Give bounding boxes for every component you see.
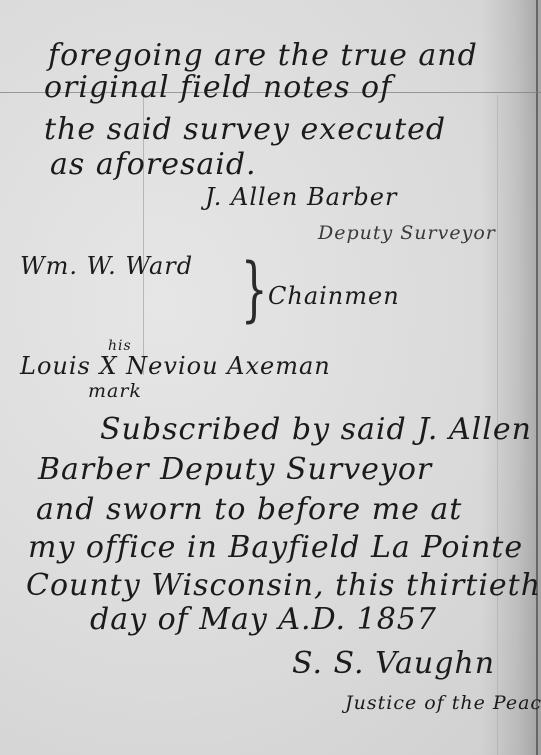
surveyor-title: Deputy Surveyor <box>318 222 496 244</box>
chainmen-label: Chainmen <box>268 282 400 310</box>
body-line-1: foregoing are the true and <box>48 38 478 73</box>
brace-glyph: } <box>241 248 268 330</box>
justice-signature: S. S. Vaughn <box>292 646 495 681</box>
jurat-line-4: my office in Bayfield La Pointe <box>28 530 523 565</box>
axeman-mark-label: mark <box>88 380 142 402</box>
document-page: foregoing are the true and original fiel… <box>0 0 541 755</box>
surveyor-signature: J. Allen Barber <box>205 183 397 211</box>
jurat-line-1: Subscribed by said J. Allen <box>100 412 532 447</box>
page-binding-edge <box>536 0 538 755</box>
jurat-line-5: County Wisconsin, this thirtieth <box>26 568 541 603</box>
jurat-line-2: Barber Deputy Surveyor <box>38 452 432 487</box>
chainman-name: Wm. W. Ward <box>20 252 193 280</box>
jurat-line-6: day of May A.D. 1857 <box>90 602 437 637</box>
page-edge-shadow <box>481 0 541 755</box>
jurat-line-3: and sworn to before me at <box>36 492 462 527</box>
body-line-3: the said survey executed <box>44 112 446 147</box>
justice-title: Justice of the Peace <box>345 692 541 714</box>
body-line-2: original field notes of <box>44 70 392 105</box>
body-line-4: as aforesaid. <box>50 147 257 182</box>
axeman-name: Louis X Neviou Axeman <box>20 352 331 380</box>
